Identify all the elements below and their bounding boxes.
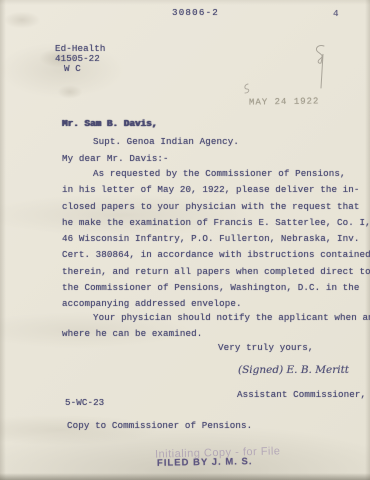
filed-by-stamp: FILED BY J. M. S. [157,456,253,469]
salutation: My dear Mr. Davis:- [62,153,169,164]
copy-note: Copy to Commissioner of Pensions. [67,420,252,431]
letter-scan: 30806-2 4 Ed-Health 41505-22 W C MAY 24 … [0,0,370,480]
recipient-title: Supt. Genoa Indian Agency. [93,136,239,147]
body-line: Cert. 380864, in accordance with ibstruc… [62,247,364,263]
body-line: As requested by the Commissioner of Pens… [62,166,364,182]
body-line: Your physician should notify the applica… [62,310,364,326]
body-line: where he can be examined. [62,326,364,342]
small-pencil-mark [240,82,254,96]
body-line: the Commissioner of Pensions, Washington… [62,280,364,296]
body-line: he make the examination of Francis E. Sa… [62,215,364,231]
valediction: Very truly yours, [218,342,313,353]
page-number: 4 [333,8,339,19]
body-line: closed papers to your physician with the… [62,199,364,215]
signer-title: Assistant Commissioner, [237,389,366,400]
file-block-line3: W C [64,63,81,74]
body-line: therein, and return all papers when comp… [62,264,364,280]
body-paragraph-1: As requested by the Commissioner of Pens… [62,166,364,313]
pencil-mark [308,42,338,92]
recipient-name: Mr. Sam B. Davis, [62,118,157,129]
reference-code: 5-WC-23 [65,397,104,408]
signature: (Signed) E. B. Meritt [238,364,349,376]
date-received-stamp: MAY 24 1922 [249,96,320,107]
file-number: 30806-2 [172,7,219,18]
body-paragraph-2: Your physician should notify the applica… [62,310,364,343]
body-line: in his letter of May 20, 1922, please de… [62,182,364,198]
body-line: 46 Wisconsin Infantry, P.O. Fullerton, N… [62,231,364,247]
